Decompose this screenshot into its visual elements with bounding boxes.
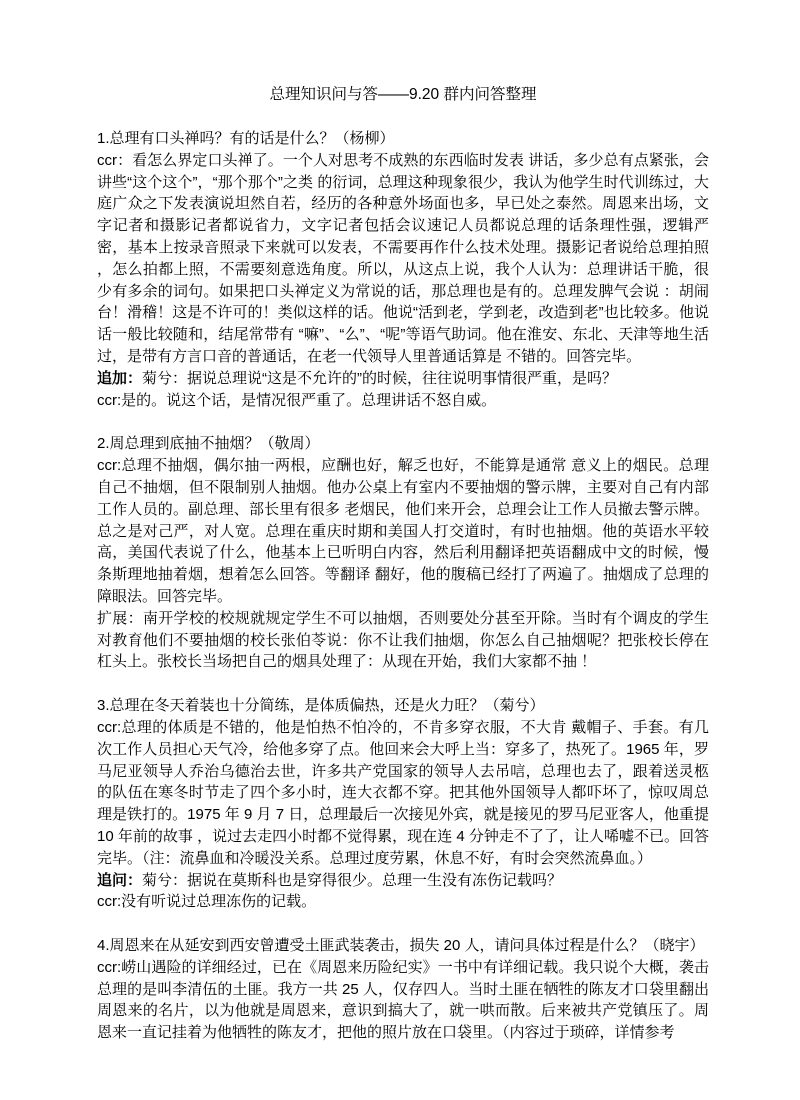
- answer-2: ccr:总理不抽烟，偶尔抽一两根，应酬也好，解乏也好，不能算是通常 意义上的烟民…: [97, 455, 709, 608]
- page-title: 总理知识问与答——9.20 群内问答整理: [97, 84, 709, 106]
- section-1: 1.总理有口头禅吗？有的话是什么？（杨柳） ccr：看怎么界定口头禅了。一个人对…: [97, 128, 709, 411]
- followup-label: 追问：: [97, 872, 142, 889]
- answer-3: ccr:总理的体质是不错的，他是怕热不怕冷的，不肯多穿衣服，不大肯 戴帽子、手套…: [97, 717, 709, 870]
- question-2: 2.周总理到底抽不抽烟？（敬周）: [97, 433, 709, 455]
- section-3: 3.总理在冬天着装也十分简练，是体质偏热，还是火力旺？（菊兮） ccr:总理的体…: [97, 695, 709, 913]
- followup-text: 菊兮：据说在莫斯科也是穿得很少。总理一生没有冻伤记载吗？: [142, 872, 562, 889]
- addendum-answer-1: ccr:是的。说这个话，是情况很严重了。总理讲话不怒自威。: [97, 390, 709, 412]
- section-4: 4.周恩来在从延安到西安曾遭受土匪武装袭击，损失 20 人，请问具体过程是什么？…: [97, 935, 709, 1044]
- question-1: 1.总理有口头禅吗？有的话是什么？（杨柳）: [97, 128, 709, 150]
- followup-answer-3: ccr:没有听说过总理冻伤的记载。: [97, 891, 709, 913]
- followup-3: 追问：菊兮：据说在莫斯科也是穿得很少。总理一生没有冻伤记载吗？: [97, 870, 709, 892]
- question-4: 4.周恩来在从延安到西安曾遭受土匪武装袭击，损失 20 人，请问具体过程是什么？…: [97, 935, 709, 957]
- answer-4: ccr:崂山遇险的详细经过，已在《周恩来历险纪实》一书中有详细记载。我只说个大概…: [97, 957, 709, 1044]
- extension-2: 扩展：南开学校的校规就规定学生不可以抽烟，否则要处分甚至开除。当时有个调皮的学生…: [97, 608, 709, 673]
- addendum-text: 菊兮：据说总理说“这是不允许的”的时候，往往说明事情很严重，是吗？: [142, 370, 617, 387]
- answer-1: ccr：看怎么界定口头禅了。一个人对思考不成熟的东西临时发表 讲话，多少总有点紧…: [97, 150, 709, 368]
- document-page: 总理知识问与答——9.20 群内问答整理 1.总理有口头禅吗？有的话是什么？（杨…: [0, 0, 800, 1100]
- addendum-label: 追加：: [97, 370, 142, 387]
- section-2: 2.周总理到底抽不抽烟？（敬周） ccr:总理不抽烟，偶尔抽一两根，应酬也好，解…: [97, 433, 709, 673]
- addendum-1: 追加：菊兮：据说总理说“这是不允许的”的时候，往往说明事情很严重，是吗？: [97, 368, 709, 390]
- question-3: 3.总理在冬天着装也十分简练，是体质偏热，还是火力旺？（菊兮）: [97, 695, 709, 717]
